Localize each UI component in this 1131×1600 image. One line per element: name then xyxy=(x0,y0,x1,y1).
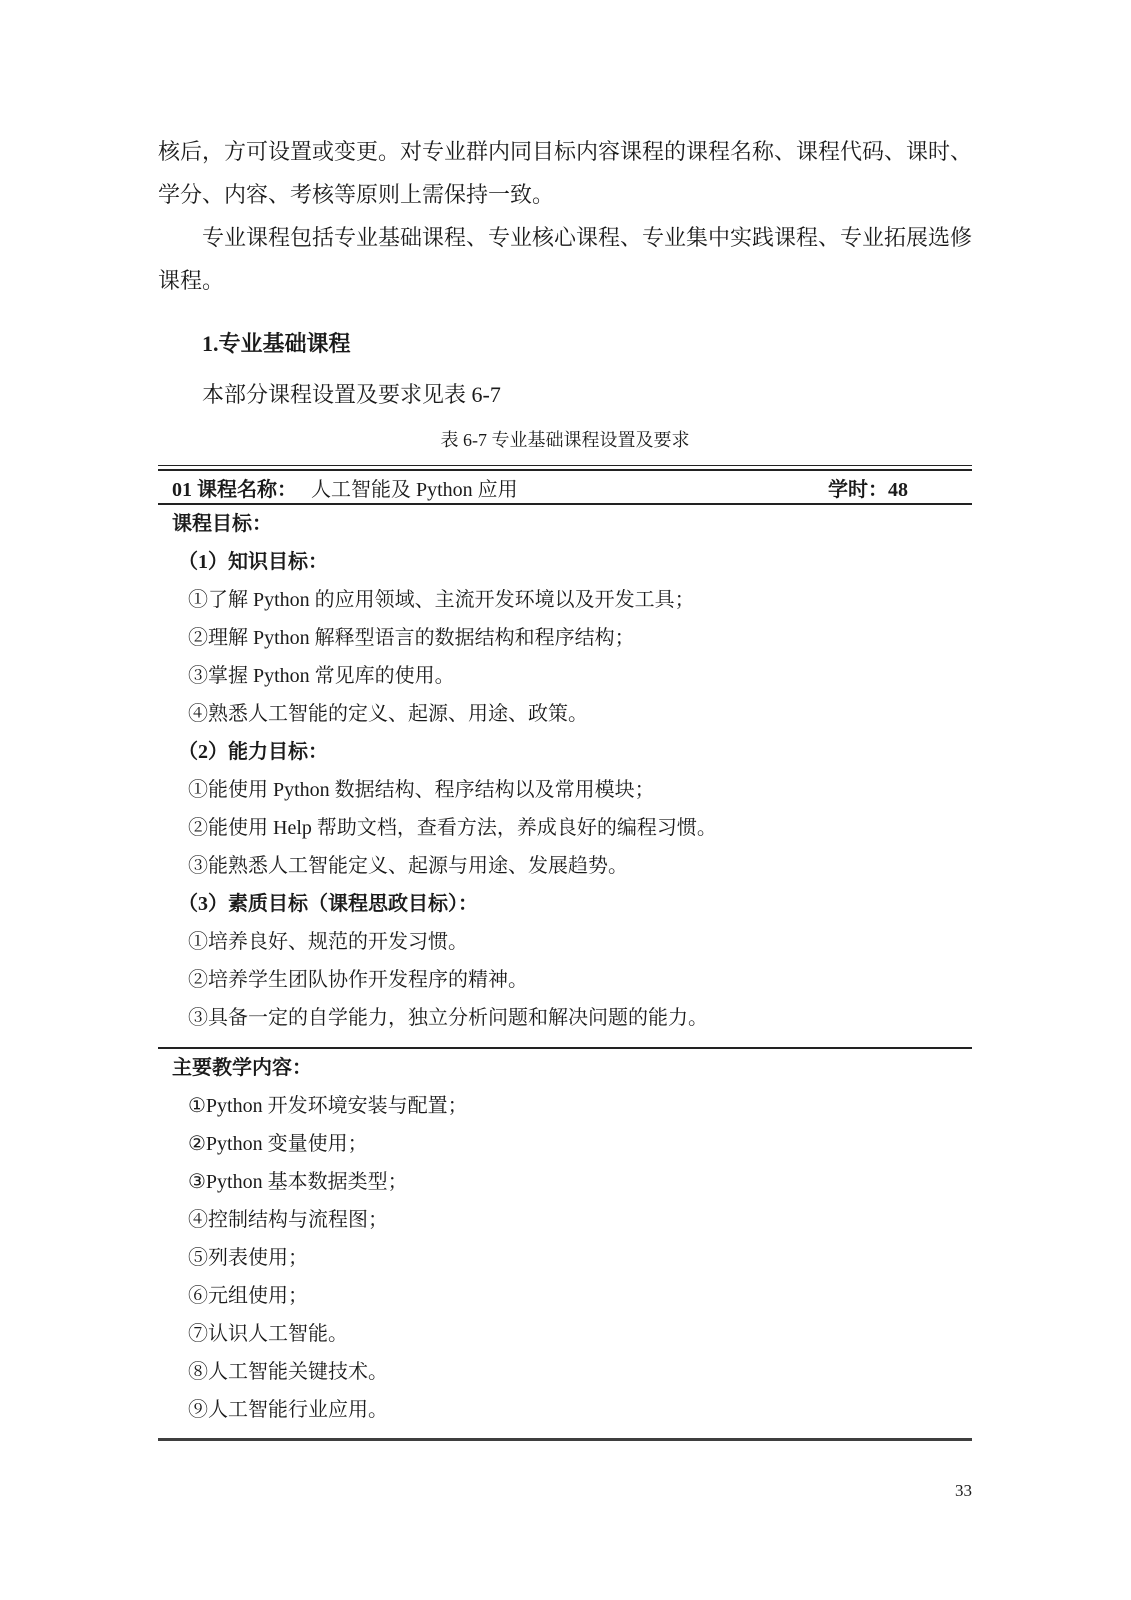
hours-label: 学时： xyxy=(828,479,888,501)
section-heading: 1.专业基础课程 xyxy=(158,322,972,365)
table-header-row: 01 课程名称： 人工智能及 Python 应用 学时：48 xyxy=(158,471,972,505)
objective-item: ③掌握 Python 常见库的使用。 xyxy=(158,657,972,695)
objective-item: ③具备一定的自学能力，独立分析问题和解决问题的能力。 xyxy=(158,999,972,1037)
teaching-content-section: 主要教学内容： ①Python 开发环境安装与配置； ②Python 变量使用；… xyxy=(158,1049,972,1429)
teaching-content-title: 主要教学内容： xyxy=(158,1049,972,1087)
course-table: 01 课程名称： 人工智能及 Python 应用 学时：48 课程目标： （1）… xyxy=(158,465,972,1441)
table-intro-paragraph: 本部分课程设置及要求见表 6-7 xyxy=(158,373,972,416)
teaching-content-item: ⑤列表使用； xyxy=(158,1239,972,1277)
objective-item: ①培养良好、规范的开发习惯。 xyxy=(158,923,972,961)
teaching-content-item: ③Python 基本数据类型； xyxy=(158,1163,972,1201)
teaching-content-item: ⑦认识人工智能。 xyxy=(158,1315,972,1353)
objective-item: ②培养学生团队协作开发程序的精神。 xyxy=(158,961,972,999)
objective-item: ②能使用 Help 帮助文档，查看方法，养成良好的编程习惯。 xyxy=(158,809,972,847)
course-name-cell: 01 课程名称： 人工智能及 Python 应用 xyxy=(172,473,518,502)
page-content: 核后，方可设置或变更。对专业群内同目标内容课程的课程名称、课程代码、课时、学分、… xyxy=(158,130,972,1441)
hours-value: 48 xyxy=(888,479,908,501)
teaching-content-item: ①Python 开发环境安装与配置； xyxy=(158,1087,972,1125)
teaching-content-item: ②Python 变量使用； xyxy=(158,1125,972,1163)
teaching-content-item: ⑥元组使用； xyxy=(158,1277,972,1315)
course-number-label: 01 课程名称： xyxy=(172,473,297,502)
page-number: 33 xyxy=(158,1481,972,1501)
objective-item: ①能使用 Python 数据结构、程序结构以及常用模块； xyxy=(158,771,972,809)
objective-section-label: （2）能力目标： xyxy=(158,733,972,771)
objective-item: ①了解 Python 的应用领域、主流开发环境以及开发工具； xyxy=(158,581,972,619)
objectives-title: 课程目标： xyxy=(158,505,972,543)
objective-item: ②理解 Python 解释型语言的数据结构和程序结构； xyxy=(158,619,972,657)
objective-section-label: （3）素质目标（课程思政目标）： xyxy=(158,885,972,923)
teaching-content-item: ⑧人工智能关键技术。 xyxy=(158,1353,972,1391)
objective-item: ④熟悉人工智能的定义、起源、用途、政策。 xyxy=(158,695,972,733)
course-name-value: 人工智能及 Python 应用 xyxy=(311,473,518,502)
table-bottom-rule xyxy=(158,1438,972,1441)
objective-item: ③能熟悉人工智能定义、起源与用途、发展趋势。 xyxy=(158,847,972,885)
teaching-content-item: ④控制结构与流程图； xyxy=(158,1201,972,1239)
course-hours-cell: 学时：48 xyxy=(828,473,972,502)
objective-section-label: （1）知识目标： xyxy=(158,543,972,581)
table-caption: 表 6-7 专业基础课程设置及要求 xyxy=(158,420,972,460)
body-paragraph: 专业课程包括专业基础课程、专业核心课程、专业集中实践课程、专业拓展选修课程。 xyxy=(158,216,972,302)
teaching-content-item: ⑨人工智能行业应用。 xyxy=(158,1391,972,1429)
body-paragraph: 核后，方可设置或变更。对专业群内同目标内容课程的课程名称、课程代码、课时、学分、… xyxy=(158,130,972,216)
objectives-section: 课程目标： （1）知识目标： ①了解 Python 的应用领域、主流开发环境以及… xyxy=(158,505,972,1037)
document-page: { "colors": { "text": "#1a1a1a", "backgr… xyxy=(0,0,1131,1600)
